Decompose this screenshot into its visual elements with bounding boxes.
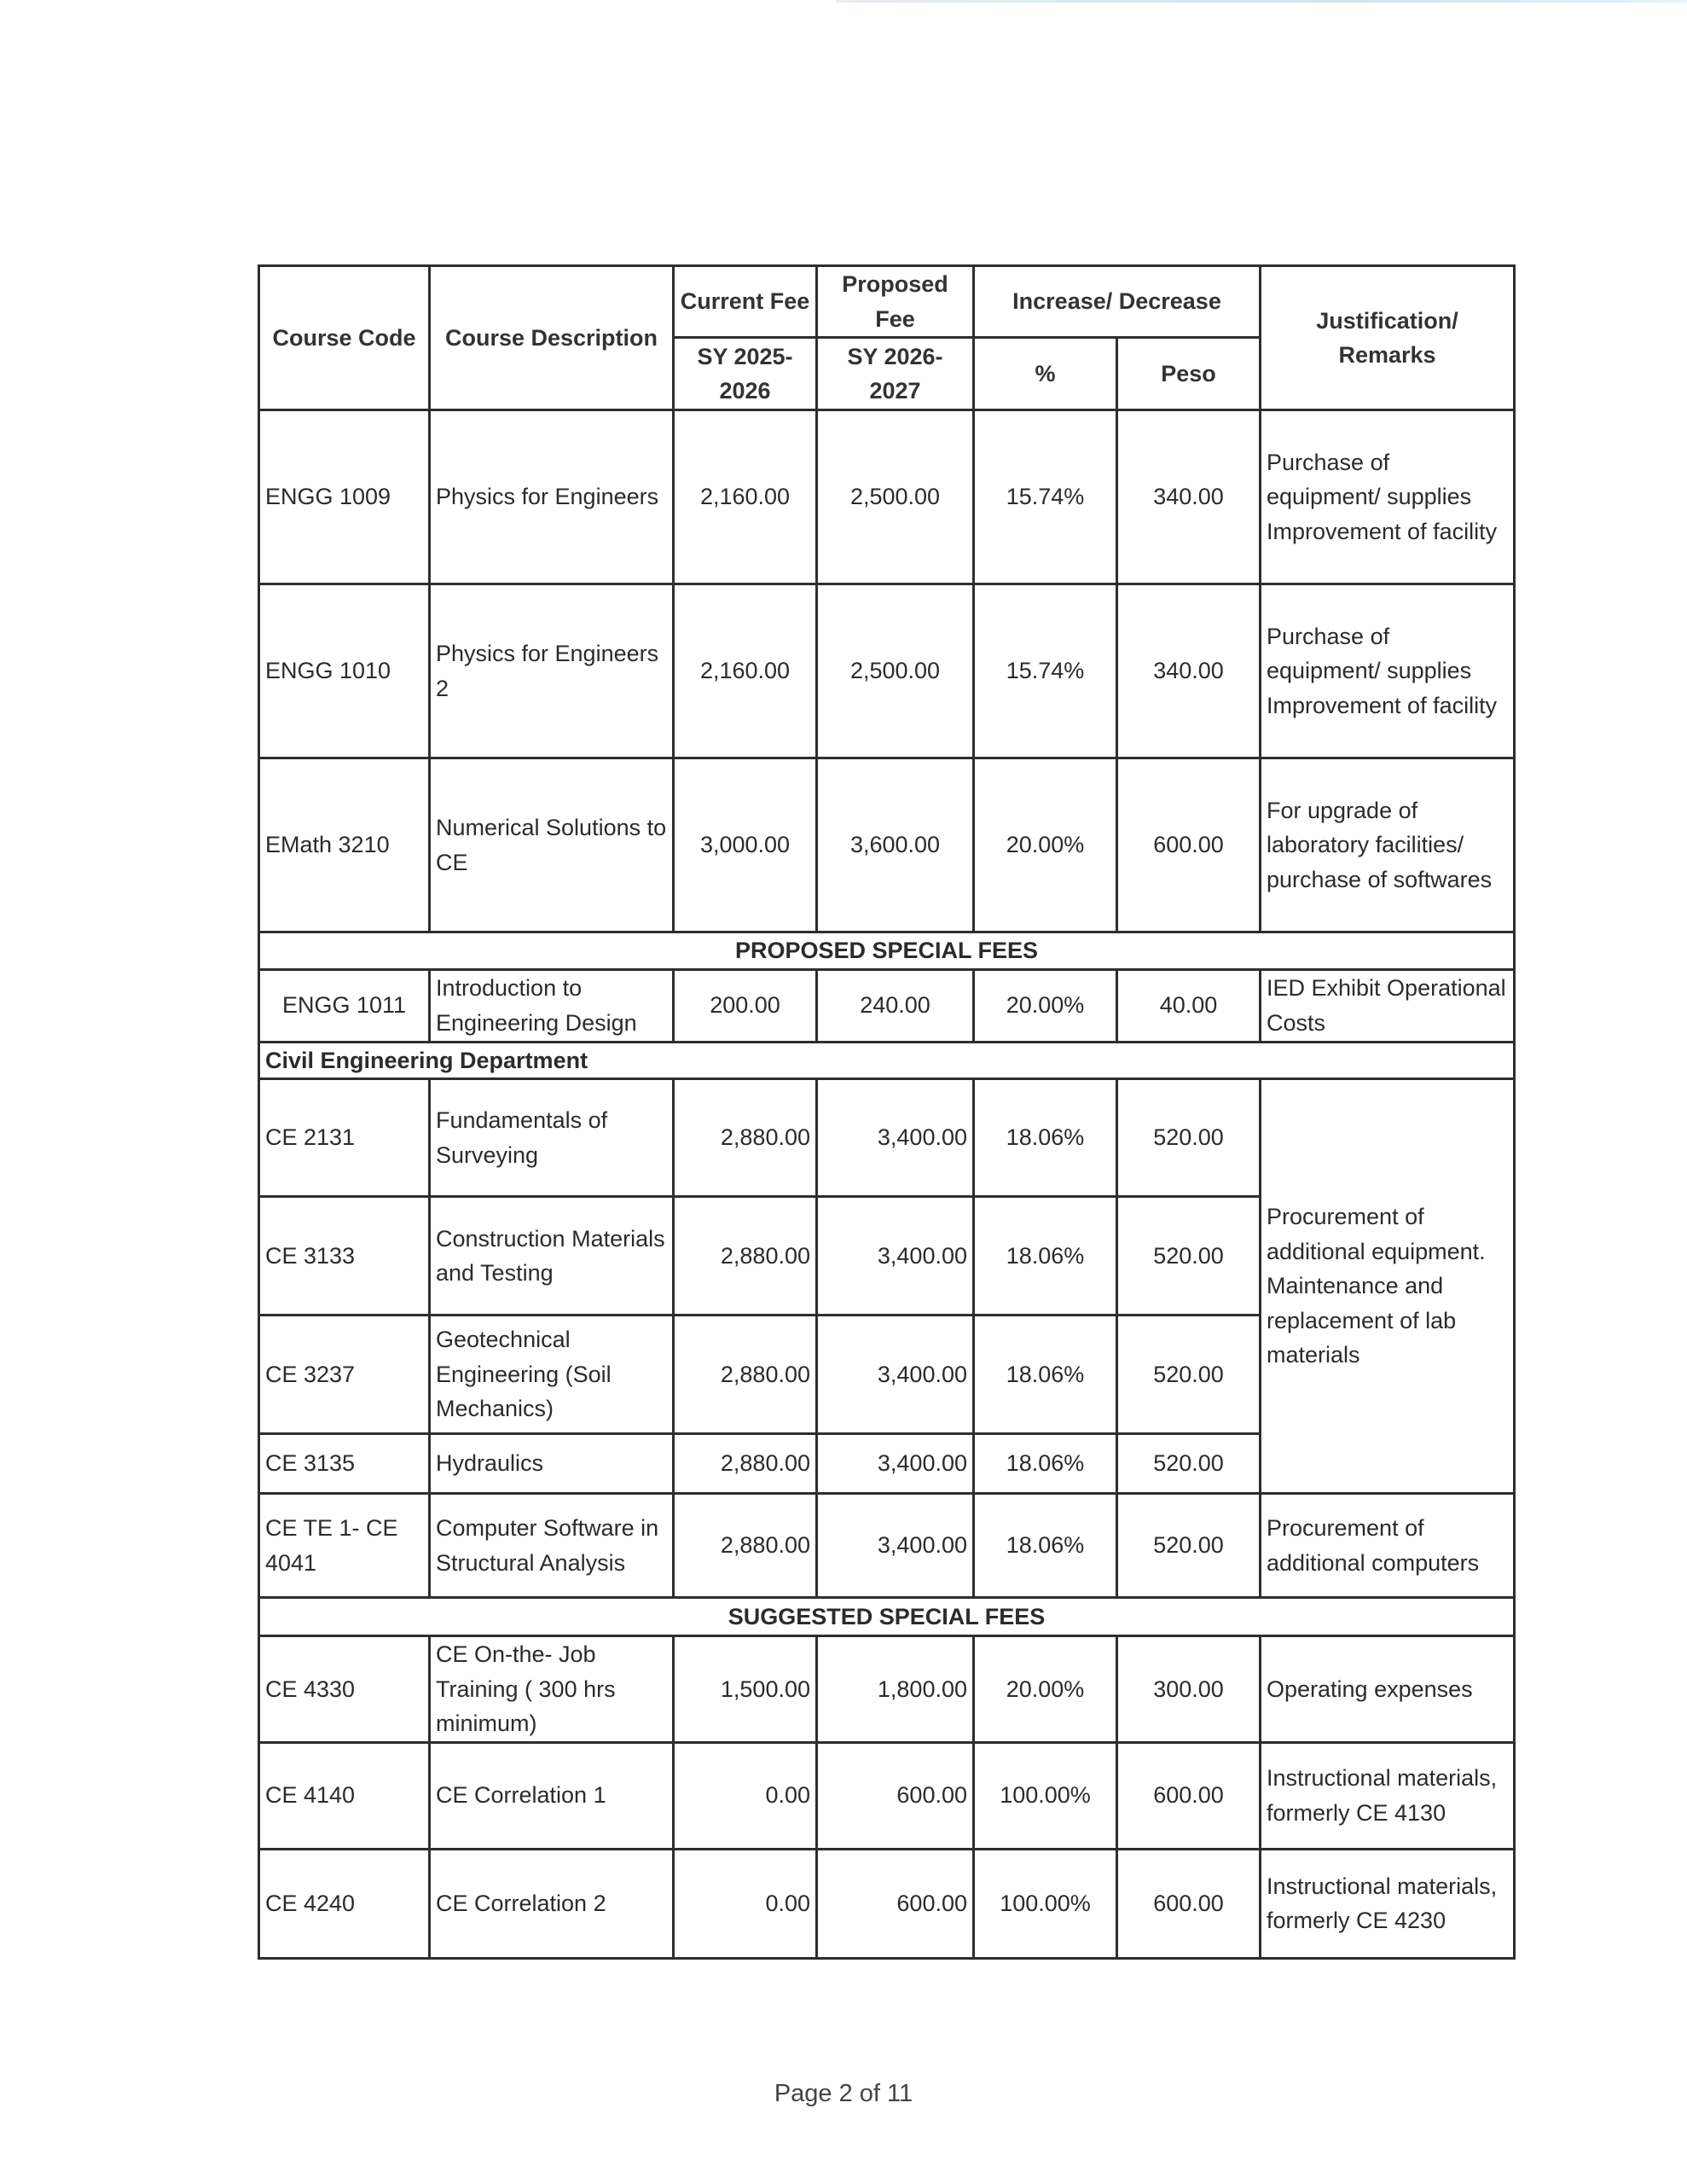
course-code: CE TE 1- CE 4041	[259, 1494, 430, 1598]
course-description: Construction Materials and Testing	[430, 1197, 674, 1316]
fee-table: Course Code Course Description Current F…	[258, 264, 1516, 1960]
remarks-shared: Procurement of additional equipment. Mai…	[1261, 1079, 1515, 1494]
table-row: CE 4240 CE Correlation 2 0.00 600.00 100…	[259, 1849, 1515, 1958]
course-code: ENGG 1010	[259, 584, 430, 758]
course-code: CE 3237	[259, 1316, 430, 1434]
course-description: Hydraulics	[430, 1434, 674, 1494]
course-description: Fundamentals of Surveying	[430, 1079, 674, 1197]
increase-peso: 520.00	[1117, 1494, 1261, 1598]
increase-percent: 18.06%	[974, 1316, 1117, 1434]
remarks: Operating expenses	[1261, 1636, 1515, 1743]
current-fee: 1,500.00	[674, 1636, 817, 1743]
increase-percent: 100.00%	[974, 1742, 1117, 1849]
proposed-fee: 2,500.00	[817, 584, 974, 758]
current-fee: 2,880.00	[674, 1079, 817, 1197]
current-fee: 0.00	[674, 1849, 817, 1958]
header-justification: Justification/ Remarks	[1261, 266, 1515, 410]
proposed-fee: 3,400.00	[817, 1316, 974, 1434]
course-code: ENGG 1011	[259, 969, 430, 1042]
increase-percent: 20.00%	[974, 969, 1117, 1042]
increase-peso: 520.00	[1117, 1434, 1261, 1494]
course-code: CE 2131	[259, 1079, 430, 1197]
table-row: CE 2131 Fundamentals of Surveying 2,880.…	[259, 1079, 1515, 1197]
proposed-fee: 3,400.00	[817, 1434, 974, 1494]
course-description: Numerical Solutions to CE	[430, 758, 674, 932]
increase-percent: 100.00%	[974, 1849, 1117, 1958]
header-current-fee: Current Fee	[674, 266, 817, 338]
table-row: CE TE 1- CE 4041 Computer Software in St…	[259, 1494, 1515, 1598]
proposed-fee: 1,800.00	[817, 1636, 974, 1743]
current-fee: 2,880.00	[674, 1316, 817, 1434]
proposed-fee: 3,600.00	[817, 758, 974, 932]
increase-percent: 18.06%	[974, 1079, 1117, 1197]
table-row: ENGG 1011 Introduction to Engineering De…	[259, 969, 1515, 1042]
increase-percent: 15.74%	[974, 584, 1117, 758]
course-description: Geotechnical Engineering (Soil Mechanics…	[430, 1316, 674, 1434]
scan-edge-artifact	[836, 0, 1687, 3]
increase-peso: 340.00	[1117, 410, 1261, 584]
table-row: ENGG 1010 Physics for Engineers 2 2,160.…	[259, 584, 1515, 758]
proposed-fee: 240.00	[817, 969, 974, 1042]
current-fee: 2,160.00	[674, 584, 817, 758]
remarks: Procurement of additional computers	[1261, 1494, 1515, 1598]
proposed-fee: 3,400.00	[817, 1079, 974, 1197]
proposed-fee: 3,400.00	[817, 1494, 974, 1598]
course-code: CE 3133	[259, 1197, 430, 1316]
course-description: Introduction to Engineering Design	[430, 969, 674, 1042]
course-code: CE 4330	[259, 1636, 430, 1743]
course-code: CE 3135	[259, 1434, 430, 1494]
course-description: Physics for Engineers 2	[430, 584, 674, 758]
header-course-description: Course Description	[430, 266, 674, 410]
header-course-code: Course Code	[259, 266, 430, 410]
remarks: Purchase of equipment/ supplies Improvem…	[1261, 410, 1515, 584]
table-row: CE 4330 CE On-the- Job Training ( 300 hr…	[259, 1636, 1515, 1743]
course-code: CE 4240	[259, 1849, 430, 1958]
current-fee: 2,880.00	[674, 1434, 817, 1494]
section-suggested-special-fees: SUGGESTED SPECIAL FEES	[259, 1598, 1515, 1636]
department-heading: Civil Engineering Department	[259, 1042, 1515, 1079]
increase-percent: 20.00%	[974, 1636, 1117, 1743]
increase-percent: 18.06%	[974, 1197, 1117, 1316]
table-row: ENGG 1009 Physics for Engineers 2,160.00…	[259, 410, 1515, 584]
table-row: EMath 3210 Numerical Solutions to CE 3,0…	[259, 758, 1515, 932]
header-proposed-sy: SY 2026-2027	[817, 338, 974, 410]
remarks: Instructional materials, formerly CE 413…	[1261, 1742, 1515, 1849]
remarks: For upgrade of laboratory facilities/ pu…	[1261, 758, 1515, 932]
current-fee: 2,880.00	[674, 1197, 817, 1316]
current-fee: 0.00	[674, 1742, 817, 1849]
course-code: CE 4140	[259, 1742, 430, 1849]
current-fee: 200.00	[674, 969, 817, 1042]
page-number: Page 2 of 11	[0, 2080, 1687, 2108]
increase-percent: 18.06%	[974, 1434, 1117, 1494]
remarks: Instructional materials, formerly CE 423…	[1261, 1849, 1515, 1958]
increase-peso: 520.00	[1117, 1079, 1261, 1197]
section-proposed-special-fees: PROPOSED SPECIAL FEES	[259, 932, 1515, 970]
remarks: Purchase of equipment/ supplies Improvem…	[1261, 584, 1515, 758]
header-current-sy: SY 2025-2026	[674, 338, 817, 410]
course-description: CE On-the- Job Training ( 300 hrs minimu…	[430, 1636, 674, 1743]
proposed-fee: 600.00	[817, 1742, 974, 1849]
header-peso: Peso	[1117, 338, 1261, 410]
increase-peso: 340.00	[1117, 584, 1261, 758]
course-description: Physics for Engineers	[430, 410, 674, 584]
increase-peso: 600.00	[1117, 758, 1261, 932]
increase-peso: 520.00	[1117, 1197, 1261, 1316]
proposed-fee: 2,500.00	[817, 410, 974, 584]
current-fee: 2,160.00	[674, 410, 817, 584]
increase-percent: 20.00%	[974, 758, 1117, 932]
increase-peso: 300.00	[1117, 1636, 1261, 1743]
increase-percent: 18.06%	[974, 1494, 1117, 1598]
increase-peso: 40.00	[1117, 969, 1261, 1042]
proposed-fee: 3,400.00	[817, 1197, 974, 1316]
current-fee: 2,880.00	[674, 1494, 817, 1598]
header-proposed-fee: Proposed Fee	[817, 266, 974, 338]
course-description: CE Correlation 2	[430, 1849, 674, 1958]
increase-peso: 600.00	[1117, 1849, 1261, 1958]
course-description: Computer Software in Structural Analysis	[430, 1494, 674, 1598]
header-increase-decrease: Increase/ Decrease	[974, 266, 1261, 338]
course-description: CE Correlation 1	[430, 1742, 674, 1849]
proposed-fee: 600.00	[817, 1849, 974, 1958]
current-fee: 3,000.00	[674, 758, 817, 932]
remarks: IED Exhibit Operational Costs	[1261, 969, 1515, 1042]
header-percent: %	[974, 338, 1117, 410]
increase-peso: 600.00	[1117, 1742, 1261, 1849]
course-code: ENGG 1009	[259, 410, 430, 584]
course-code: EMath 3210	[259, 758, 430, 932]
increase-peso: 520.00	[1117, 1316, 1261, 1434]
increase-percent: 15.74%	[974, 410, 1117, 584]
table-row: CE 4140 CE Correlation 1 0.00 600.00 100…	[259, 1742, 1515, 1849]
